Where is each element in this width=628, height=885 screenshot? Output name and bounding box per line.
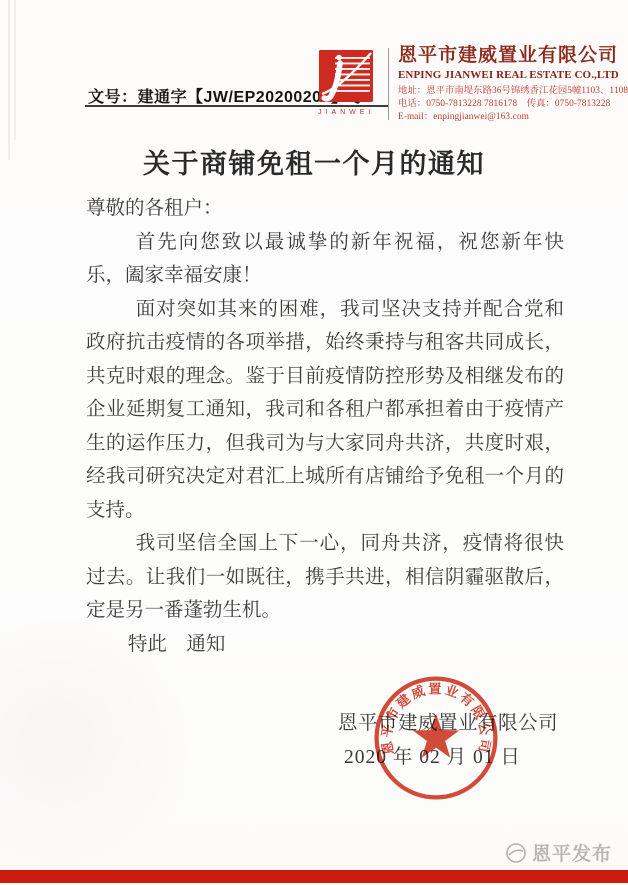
paragraph: 面对突如其来的困难，我司坚决支持并配合党和政府抗击疫情的各项举措，始终秉持与租客… [86, 293, 564, 528]
scan-streak [14, 0, 16, 140]
company-seal: 恩平市建威置业有限公司 [370, 672, 502, 804]
document-page: 文号：建通字【JW/EP20200201】号 JIANWEI 恩平市建威置业有限… [0, 0, 628, 885]
salutation: 尊敬的各租户： [86, 192, 564, 226]
paragraph: 首先向您致以最诚挚的新年祝福，祝您新年快乐，阖家幸福安康！ [86, 226, 564, 293]
notice-title: 关于商铺免租一个月的通知 [0, 142, 628, 181]
paragraph: 我司坚信全国上下一心，同舟共济，疫情将很快过去。让我们一如既往，携手共进，相信阴… [86, 527, 564, 628]
footer-red-bar [0, 870, 628, 883]
watermark-text: 恩平发布 [532, 839, 612, 866]
company-info-block: 恩平市建威置业有限公司 ENPING JIANWEI REAL ESTATE C… [398, 45, 624, 123]
seal-star-icon [413, 714, 459, 758]
logo-wordmark: JIANWEI [318, 109, 374, 116]
scan-streak [8, 0, 10, 160]
company-email: E-mail：enpingjianwei@163.com [398, 111, 624, 124]
company-address: 地址：恩平市南堤东路36号锦绣香江花园5幢1103、1108室 [398, 85, 624, 98]
enping-release-logo-icon [505, 842, 527, 864]
watermark: 恩平发布 [505, 839, 612, 866]
closing-line: 特此 通知 [86, 628, 564, 662]
company-name-en: ENPING JIANWEI REAL ESTATE CO.,LTD [398, 68, 624, 82]
company-logo: JIANWEI [318, 50, 374, 116]
notice-body: 尊敬的各租户： 首先向您致以最诚挚的新年祝福，祝您新年快乐，阖家幸福安康！ 面对… [86, 192, 564, 661]
company-name-cn: 恩平市建威置业有限公司 [398, 45, 624, 67]
company-phone: 电话：0750-7813228 7816178 传真：0750-7813228 [398, 98, 624, 111]
jianwei-logo-icon [319, 50, 373, 102]
letterhead-divider [388, 48, 389, 120]
